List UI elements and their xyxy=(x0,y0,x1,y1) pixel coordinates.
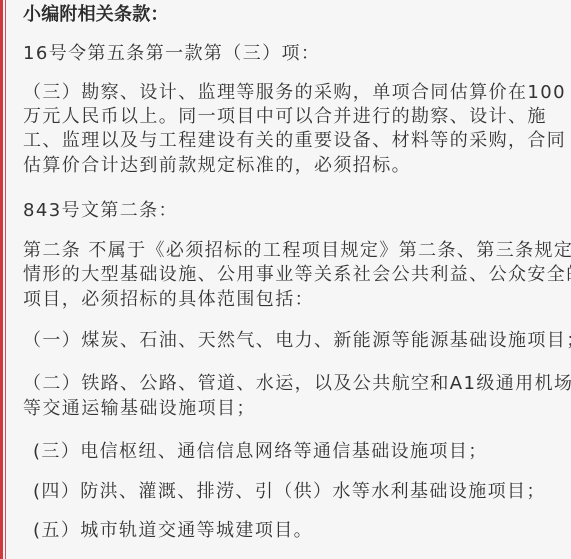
paragraph-line: 第二条 不属于《必须招标的工程项目规定》第二条、第三条规定 xyxy=(23,239,571,263)
list-item: （一）煤炭、石油、天然气、电力、新能源等能源基础设施项目； xyxy=(23,329,571,353)
paragraph-line: 万元人民币以上。同一项目中可以合并进行的勘察、设计、施 xyxy=(23,105,547,129)
list-item: （二）铁路、公路、管道、水运，以及公共航空和A1级通用机场 xyxy=(23,372,571,396)
paragraph-line: 估算价合计达到前款规定标准的，必须招标。 xyxy=(23,154,411,178)
list-item: (五）城市轨道交通等城建项目。 xyxy=(33,519,313,543)
paragraph-line: 情形的大型基础设施、公用事业等关系社会公共利益、公众安全的 xyxy=(23,263,571,287)
paragraph-line: 工、监理以及与工程建设有关的重要设备、材料等的采购，合同 xyxy=(23,129,566,153)
list-item-continuation: 等交通运输基础设施项目； xyxy=(23,397,256,421)
quote-border-inner-line xyxy=(5,0,6,559)
list-item: (四）防洪、灌溉、排涝、引（供）水等水利基础设施项目； xyxy=(33,480,546,504)
paragraph-line: 项目，必须招标的具体范围包括： xyxy=(23,288,314,312)
quote-border-accent xyxy=(0,0,3,559)
list-item: (三）电信枢纽、通信信息网络等通信基础设施项目； xyxy=(33,440,488,464)
order16-title: 16号令第五条第一款第（三）项： xyxy=(23,42,320,66)
section-heading: 小编附相关条款： xyxy=(23,3,169,27)
doc843-title: 843号文第二条： xyxy=(23,199,178,223)
paragraph-line: （三）勘察、设计、监理等服务的采购，单项合同估算价在100 xyxy=(23,81,566,105)
quote-block: 小编附相关条款： 16号令第五条第一款第（三）项： （三）勘察、设计、监理等服务… xyxy=(0,0,571,559)
